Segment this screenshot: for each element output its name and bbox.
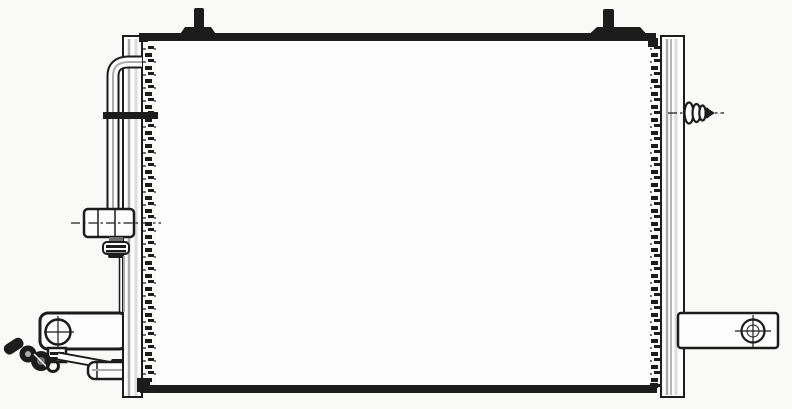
fin-edge-left	[143, 44, 156, 384]
condenser-core	[156, 41, 654, 385]
pipe-clamp	[103, 112, 158, 119]
condenser-line-drawing: Black-and-white technical line drawing o…	[0, 0, 792, 409]
bracket-right	[678, 313, 778, 348]
drawing-canvas: Black-and-white technical line drawing o…	[0, 0, 792, 409]
